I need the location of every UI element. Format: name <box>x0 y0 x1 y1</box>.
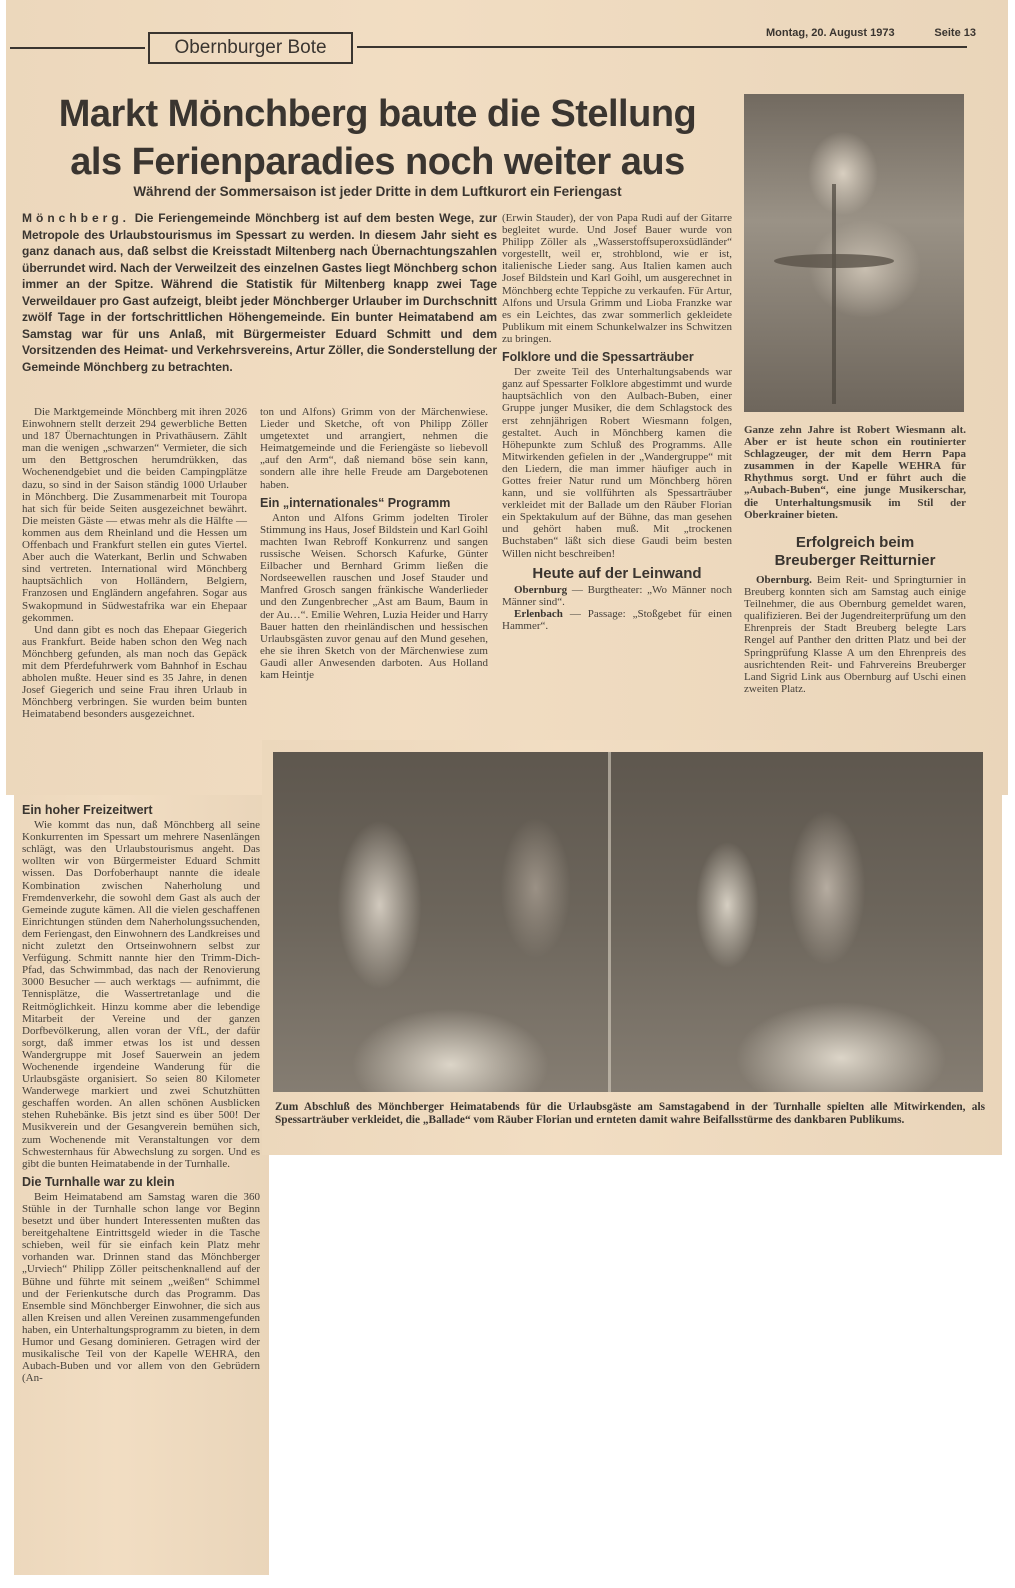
paragraph: (Erwin Stauder), der von Papa Rudi auf d… <box>502 212 732 345</box>
group-photo <box>273 752 983 1092</box>
paragraph: Der zweite Teil des Unterhaltungsabends … <box>502 366 732 560</box>
cymbal-stand <box>832 184 836 404</box>
paragraph: Beim Heimatabend am Samstag waren die 36… <box>22 1191 260 1385</box>
drummer-photo-caption: Ganze zehn Jahre ist Robert Wiesmann alt… <box>744 424 966 521</box>
section-heading-international: Ein „internationales“ Programm <box>260 497 488 509</box>
drummer-photo-caption-block: Ganze zehn Jahre ist Robert Wiesmann alt… <box>744 424 966 521</box>
cinema-entry: Erlenbach — Passage: „Stoßgebet für eine… <box>502 608 732 632</box>
masthead-rule-left <box>10 47 145 49</box>
riding-text: Obernburg. Beim Reit- und Springturnier … <box>744 574 966 695</box>
headline: Markt Mönchberg baute die Stellung als F… <box>20 90 735 186</box>
page-number: Seite 13 <box>934 27 976 39</box>
riding-place: Obernburg. <box>756 574 812 586</box>
cinema-town: Erlenbach <box>514 608 563 620</box>
riding-heading: Erfolgreich beim Breuberger Reitturnier <box>744 534 966 570</box>
group-photo-caption: Zum Abschluß des Mönchberger Heimatabend… <box>275 1101 985 1127</box>
issue-date: Montag, 20. August 1973 <box>766 27 895 39</box>
article-column-1-continued: Ein hoher Freizeitwert Wie kommt das nun… <box>22 798 260 1384</box>
section-heading-folklore: Folklore und die Spessarträuber <box>502 351 732 363</box>
paragraph: Die Marktgemeinde Mönchberg mit ihren 20… <box>22 406 247 624</box>
lead-text: Die Feriengemeinde Mönchberg ist auf dem… <box>22 211 497 374</box>
masthead-rule-right <box>357 46 967 48</box>
headline-line-1: Markt Mönchberg baute die Stellung <box>20 90 735 138</box>
masthead-paper-name: Obernburger Bote <box>148 32 353 64</box>
cymbal <box>774 254 894 268</box>
riding-article: Erfolgreich beim Breuberger Reitturnier … <box>744 530 966 695</box>
cinema-town: Obernburg <box>514 584 567 596</box>
section-heading-freizeitwert: Ein hoher Freizeitwert <box>22 804 260 816</box>
article-column-3: (Erwin Stauder), der von Papa Rudi auf d… <box>502 212 732 632</box>
lead-paragraph: Mönchberg. Die Feriengemeinde Mönchberg … <box>22 210 497 375</box>
cinema-heading: Heute auf der Leinwand <box>502 568 732 580</box>
paragraph: Anton und Alfons Grimm jodelten Tiroler … <box>260 512 488 681</box>
microphone-pole <box>608 752 611 1092</box>
article-column-1: Die Marktgemeinde Mönchberg mit ihren 20… <box>22 406 247 720</box>
article-column-2: ton und Alfons) Grimm von der Märchenwie… <box>260 406 488 681</box>
dateline: Montag, 20. August 1973 Seite 13 <box>766 27 976 39</box>
paragraph: ton und Alfons) Grimm von der Märchenwie… <box>260 406 488 491</box>
paragraph: Und dann gibt es noch das Ehepaar Gieger… <box>22 624 247 721</box>
paragraph: Wie kommt das nun, daß Mönchberg all sei… <box>22 819 260 1170</box>
lead-place: Mönchberg. <box>22 211 130 225</box>
cinema-entry: Obernburg — Burgtheater: „Wo Männer noch… <box>502 584 732 608</box>
headline-line-2: als Ferienparadies noch weiter aus <box>20 138 735 186</box>
drummer-photo <box>744 94 964 412</box>
section-heading-turnhalle: Die Turnhalle war zu klein <box>22 1176 260 1188</box>
subheadline: Während der Sommersaison ist jeder Dritt… <box>20 184 735 199</box>
